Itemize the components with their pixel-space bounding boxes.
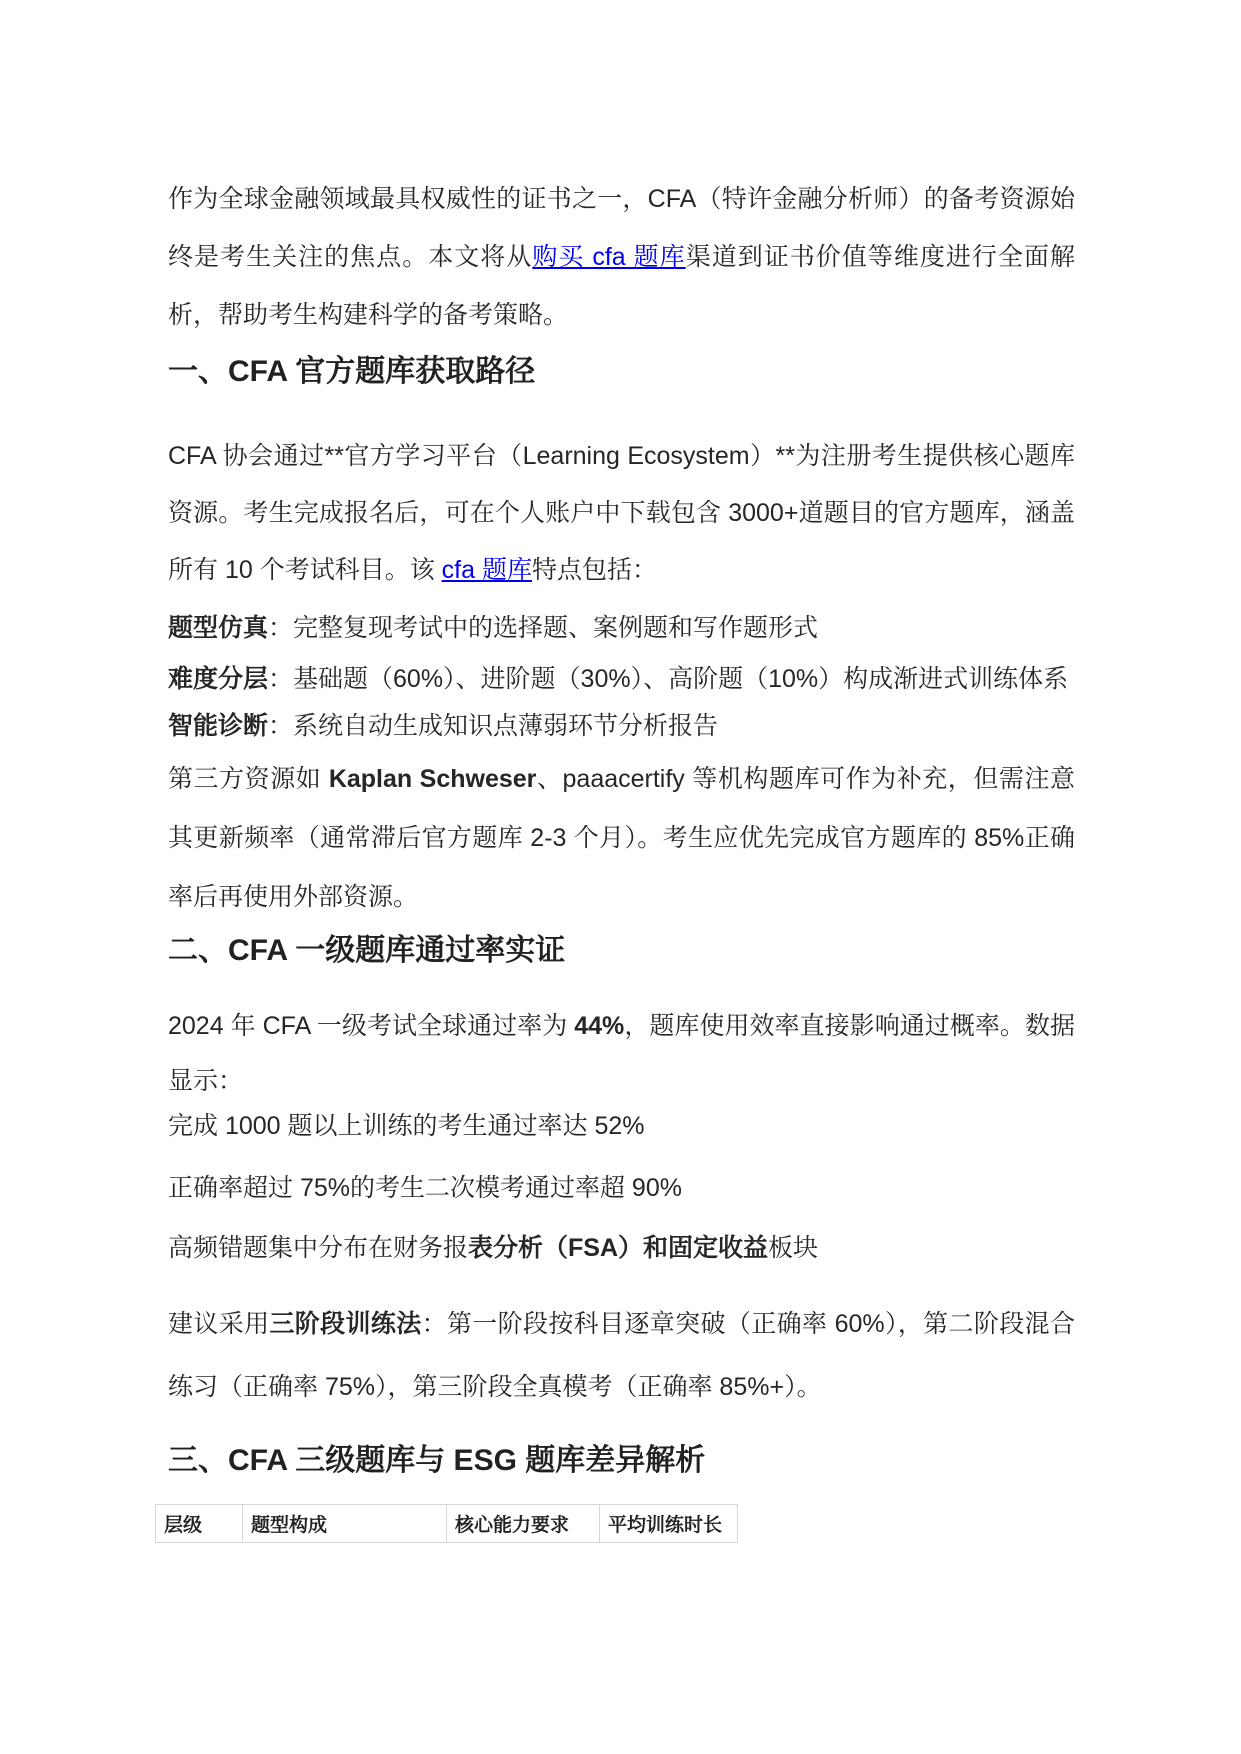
heading-section-1: 一、CFA 官方题库获取路径 <box>168 354 1075 390</box>
document-content: 作为全球金融领域最具权威性的证书之一，CFA（特许金融分析师）的备考资源始终是考… <box>0 0 1241 1543</box>
heading-section-3: 三、CFA 三级题库与 ESG 题库差异解析 <box>168 1443 1075 1479</box>
table-header-level: 层级 <box>156 1504 243 1542</box>
third-party-bold: Kaplan Schweser <box>329 765 537 793</box>
document-page: 作为全球金融领域最具权威性的证书之一，CFA（特许金融分析师）的备考资源始终是考… <box>0 0 1241 1754</box>
heading-section-2: 二、CFA 一级题库通过率实证 <box>168 933 1075 969</box>
table-header-row: 层级 题型构成 核心能力要求 平均训练时长 <box>156 1504 738 1542</box>
feature-item-smart-diagnosis: 智能诊断：系统自动生成知识点薄弱环节分析报告 <box>168 703 1075 750</box>
pass-rate-text-1: 2024 年 CFA 一级考试全球通过率为 <box>168 1012 574 1040</box>
official-bank-paragraph: CFA 协会通过**官方学习平台（Learning Ecosystem）**为注… <box>168 428 1075 599</box>
third-party-text-1: 第三方资源如 <box>168 765 329 793</box>
third-party-paragraph: 第三方资源如 Kaplan Schweser、paaacertify 等机构题库… <box>168 750 1075 927</box>
feature-text: ：系统自动生成知识点薄弱环节分析报告 <box>268 712 718 740</box>
feature-item-question-types: 题型仿真：完整复现考试中的选择题、案例题和写作题形式 <box>168 605 1075 651</box>
official-text-2: 特点包括： <box>532 556 657 584</box>
table-header-core-ability: 核心能力要求 <box>447 1504 600 1542</box>
pass-rate-bold: 44% <box>574 1012 624 1040</box>
intro-paragraph: 作为全球金融领域最具权威性的证书之一，CFA（特许金融分析师）的备考资源始终是考… <box>168 170 1075 344</box>
table-header-question-composition: 题型构成 <box>243 1504 447 1542</box>
feature-label: 难度分层 <box>168 665 268 693</box>
three-stage-paragraph: 建议采用三阶段训练法：第一阶段按科目逐章突破（正确率 60%），第二阶段混合练习… <box>168 1293 1075 1419</box>
feature-text: ：基础题（60%）、进阶题（30%）、高阶题（10%）构成渐进式训练体系 <box>268 665 1068 693</box>
fsa-text-1: 高频错题集中分布在财务报 <box>168 1234 468 1262</box>
stat-line-fsa: 高频错题集中分布在财务报表分析（FSA）和固定收益板块 <box>168 1233 1075 1263</box>
stat-line-1000-questions: 完成 1000 题以上训练的考生通过率达 52% <box>168 1111 1075 1141</box>
table-header-avg-training-time: 平均训练时长 <box>600 1504 738 1542</box>
feature-item-difficulty-layers: 难度分层：基础题（60%）、进阶题（30%）、高阶题（10%）构成渐进式训练体系 <box>168 656 1075 703</box>
feature-label: 题型仿真 <box>168 614 268 642</box>
feature-label: 智能诊断 <box>168 712 268 740</box>
buy-cfa-question-bank-link[interactable]: 购买 cfa 题库 <box>532 243 685 271</box>
fsa-bold: 表分析（FSA）和固定收益 <box>468 1234 768 1262</box>
cfa-question-bank-link[interactable]: cfa 题库 <box>442 556 532 584</box>
feature-text: ：完整复现考试中的选择题、案例题和写作题形式 <box>268 614 818 642</box>
stat-line-75-percent: 正确率超过 75%的考生二次模考通过率超 90% <box>168 1173 1075 1203</box>
level-comparison-table: 层级 题型构成 核心能力要求 平均训练时长 <box>155 1504 738 1543</box>
fsa-text-2: 板块 <box>768 1234 818 1262</box>
pass-rate-paragraph: 2024 年 CFA 一级考试全球通过率为 44%，题库使用效率直接影响通过概率… <box>168 999 1075 1109</box>
stage-bold: 三阶段训练法 <box>269 1310 421 1338</box>
stage-text-1: 建议采用 <box>168 1310 269 1338</box>
